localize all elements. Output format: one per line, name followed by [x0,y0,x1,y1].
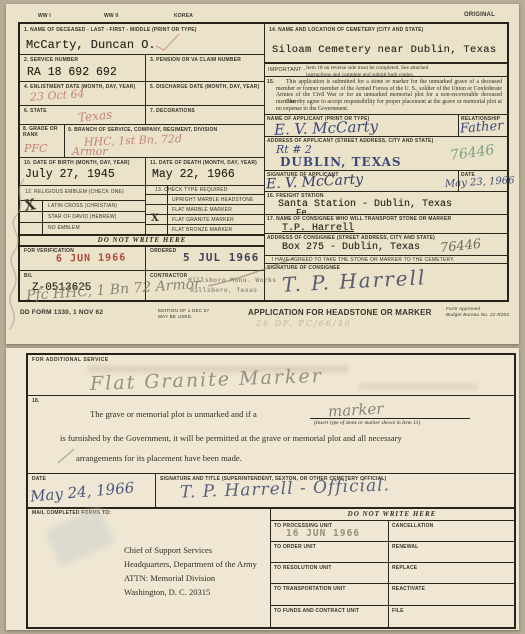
pencil-scribble [2,174,32,334]
mail-to-address-line: Chief of Support Services [124,545,212,555]
field-value-service-number: RA 18 692 692 [27,66,117,79]
option-no-emblem: NO EMBLEM [48,225,80,231]
line [20,245,264,247]
field-label-birth: 10. DATE OF BIRTH (Month, day, year) [24,160,130,166]
form-title: APPLICATION FOR HEADSTONE OR MARKER [248,308,432,317]
line [28,507,514,509]
field-value-consignee-address: Box 275 - Dublin, Texas [282,242,420,253]
field-value-grade: PFC [24,142,47,155]
edition-note-1: EDITION OF 1 DEC 57 [158,308,209,313]
field-value-death: May 22, 1966 [152,168,235,181]
footer-pencil-note: 26 DF. PC/66/46 [256,319,352,328]
routing-cell: FILE [392,608,404,614]
routing-cell: TO TRANSPORTATION UNIT [274,586,346,592]
option-upright-marble: UPRIGHT MARBLE HEADSTONE [172,197,254,203]
field-label-pension: 3. PENSION OR VA CLAIM NUMBER [150,57,241,63]
mail-to-address-line: Headquarters, Department of the Army [124,559,257,569]
routing-cell: REPLACE [392,565,417,571]
top-form-sheet: WW I WW II KOREA ORIGINAL [6,4,519,344]
scanned-document-page: { "top_form": { "war_labels": ["WW I", "… [0,0,525,634]
important-label: IMPORTANT - [268,67,305,73]
field-value-birth: July 27, 1945 [25,168,115,181]
item18-blank-caption: (Insert type of stone or marker shown in… [314,420,420,426]
processing-unit-date-stamp: 16 JUN 1966 [286,528,360,539]
field-value-state: Texas [77,107,113,125]
approval-note-2: Budget Bureau No. 22-R203 [446,312,509,317]
option-flat-bronze: FLAT BRONZE MARKER [172,227,232,233]
field-label-death: 11. DATE OF DEATH (Month, day, year) [150,160,257,166]
line [264,62,507,64]
field-value-relationship: Father [460,119,504,137]
additional-service-header: FOR ADDITIONAL SERVICE [32,357,109,363]
statement-para2: I hereby agree to accept responsibility … [276,99,502,112]
field-label-discharge: 5. DISCHARGE DATE (Month, day, year) [150,84,259,90]
line [270,583,514,584]
item18-number: 18. [32,398,40,404]
line [42,200,43,234]
line [20,105,264,106]
mail-to-address-line: Washington, D. C. 20315 [124,587,210,597]
line [28,395,514,396]
field-value-enlistment: 23 Oct 64 [30,87,85,104]
field-label-decorations: 7. DECORATIONS [150,108,195,114]
line [20,157,264,158]
red-check-mark [152,32,182,52]
field-value-applicant-name: E. V. McCarty [274,117,379,139]
routing-do-not-write-header: DO NOT WRITE HERE [270,510,514,518]
field-label-religious-emblem: 12. RELIGIOUS EMBLEM (Check one) [25,189,124,195]
field-value-consignee-name: T.P. Harrell [282,223,354,234]
field-label-grade: 8. GRADE OR RANK [23,127,59,138]
field-value-name-deceased: McCarty, Duncan O. [26,38,156,52]
line [270,562,514,563]
field-label-service-number: 2. SERVICE NUMBER [24,57,78,63]
line [20,54,264,55]
line [28,473,514,474]
item18-line1: The grave or memorial plot is unmarked a… [90,409,257,419]
routing-cell: RENEWAL [392,544,418,550]
line [145,157,146,234]
item18-line3: arrangements for its placement have been… [76,453,242,463]
option-flat-granite: FLAT GRANITE MARKER [172,217,234,223]
original-label: ORIGINAL [464,12,495,18]
line [270,605,514,606]
edition-note-2: MAY BE USED. [158,314,193,319]
war-label-korea: KOREA [174,13,193,19]
item18-line2: is furnished by the Government, it will … [60,433,402,443]
line [20,211,145,212]
do-not-write-band: DO NOT WRITE HERE [20,236,264,244]
line [264,263,507,264]
item18-line1-text: The grave or memorial plot is unmarked a… [90,409,257,419]
line [264,255,507,256]
field-label-ordered: ORDERED [150,248,176,254]
field-value-date-signed: May 23, 1966 [445,175,515,190]
consignee-agreement-text: I HAVE AGREED TO TAKE THE STONE OR MARKE… [272,257,455,263]
line [145,194,264,195]
field-value-cemetery: Siloam Cemetery near Dublin, Texas [272,44,496,56]
option-latin-cross: LATIN CROSS (Christian) [48,203,117,209]
line [64,124,65,157]
important-line2: instructions and complete and submit bot… [306,72,414,79]
line [20,81,264,82]
bleed-through [358,383,478,390]
verification-date-stamp: 6 JUN 1966 [56,252,126,264]
approval-note-1: Form Approved [446,306,480,311]
line [145,214,264,215]
line [270,541,514,542]
war-label-ww1: WW I [38,13,51,19]
line [388,520,389,627]
pencil-tick [56,447,76,465]
line [145,224,264,225]
routing-cell: CANCELLATION [392,523,433,529]
line [145,54,146,124]
routing-cell: TO ORDER UNIT [274,544,316,550]
routing-cell: TO FUNDS AND CONTRACT UNIT [274,608,359,614]
field-label-date-bottom: DATE [32,476,46,482]
bottom-form-sheet: FOR ADDITIONAL SERVICE Flat Granite Mark… [6,348,519,630]
item18-blank-value: marker [328,400,384,421]
statement-number: 15. [267,79,275,85]
line [155,473,156,507]
field-label-consignee-address: ADDRESS OF CONSIGNEE (Street address, Ci… [267,235,435,241]
line [145,204,264,205]
routing-cell: REACTIVATE [392,586,425,592]
field-value-address-zip: 76446 [449,142,495,164]
line [20,200,145,201]
routing-cell: TO RESOLUTION UNIT [274,565,332,571]
option-star-of-david: STAR OF DAVID (Hebrew) [48,214,117,220]
mail-to-address-line: ATTN: Memorial Division [124,573,215,583]
line [264,170,507,171]
war-label-ww2: WW II [104,13,119,19]
checkmark-flat-granite: X [151,213,159,224]
pencil-stroke [206,256,296,290]
field-label-cemetery: 14. NAME AND LOCATION OF CEMETERY (City … [269,27,424,33]
pencil-note-unit: Pfc HHC, 1 Bn 72 Armor [26,276,202,304]
line [270,507,271,627]
field-value-branch-2: Armor [72,145,108,158]
field-label-consignee: 17. NAME OF CONSIGNEE WHO WILL TRANSPORT… [267,216,451,222]
field-label-type-required: 13. CHECK TYPE REQUIRED [155,187,228,193]
field-value-date-bottom: May 24, 1966 [29,478,135,505]
option-flat-marble: FLAT MARBLE MARKER [172,207,232,213]
field-label-branch: 9. BRANCH OF SERVICE, COMPANY, REGIMENT,… [68,127,217,133]
line [20,222,145,223]
line [264,114,507,115]
line [20,185,264,186]
form-number: DD FORM 1330, 1 NOV 62 [20,309,103,316]
bottom-form-table: FOR ADDITIONAL SERVICE Flat Granite Mark… [26,353,516,629]
line [270,520,514,521]
line [20,124,264,125]
field-value-address-line2: DUBLIN, TEXAS [280,155,402,169]
line [264,191,507,192]
field-label-state: 6. STATE [24,108,47,114]
field-value-consignee-zip: 76446 [439,237,482,256]
